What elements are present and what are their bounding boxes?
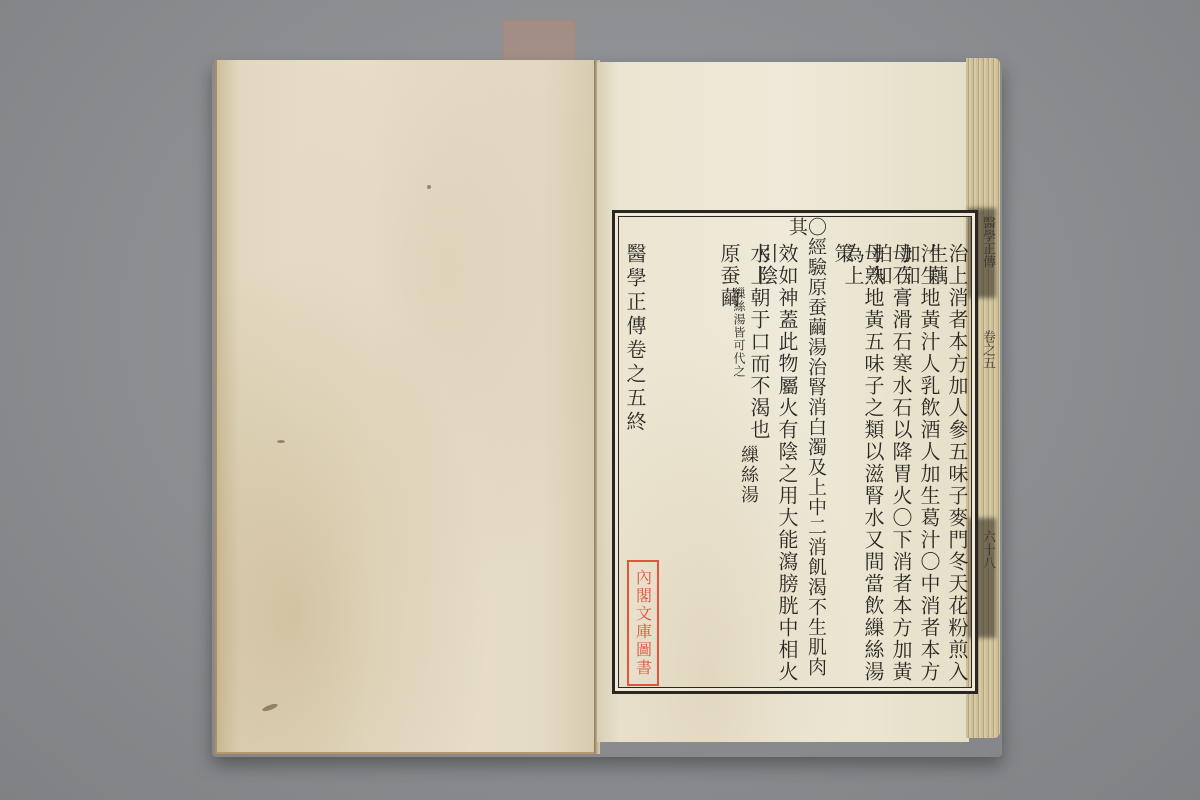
banshin-title: 醫學正傳: [978, 216, 997, 268]
volume-end-title: 醫學正傳卷之五終: [625, 243, 645, 435]
annotation-column: 繅絲湯皆可代之: [733, 287, 745, 378]
ink-spot: [427, 185, 431, 189]
text-column-4: 母熟地黃五味子之類以滋腎水又間當飲繅絲湯為上: [843, 243, 883, 691]
text-column-8: 水上朝于口而不渴也: [749, 243, 769, 441]
banshin-volume: 卷之五: [978, 330, 997, 369]
center-column-banshin: 醫學正傳 卷之五 六十八: [975, 210, 998, 688]
text-column-10: 繅絲湯: [739, 445, 757, 505]
text-column-5: 策: [833, 243, 853, 265]
banshin-page-number: 六十八: [978, 530, 997, 569]
ink-spot: [277, 440, 285, 443]
text-frame: 治上消者本方加人參五味子麥門冬天花粉煎入生藕 汁生地黃汁人乳飲酒人加生葛汁〇中消…: [612, 210, 978, 694]
library-seal: 內閣文庫圖書: [627, 560, 659, 686]
ink-spot: [262, 702, 279, 712]
left-page-blank: [215, 60, 599, 754]
faint-seal-impression: [503, 20, 575, 64]
